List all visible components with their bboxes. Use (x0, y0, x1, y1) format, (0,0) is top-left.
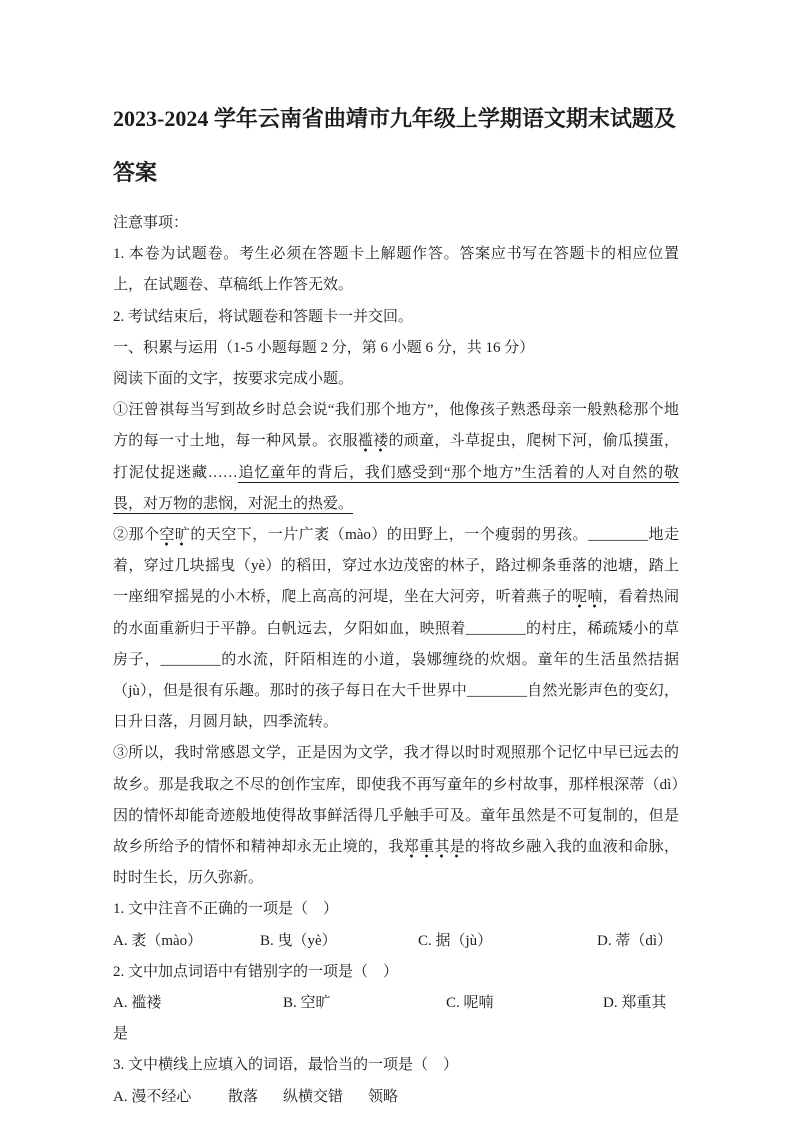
question-3-options: A. 漫不经心散落纵横交错领略 (113, 1082, 679, 1113)
passage-p2-text-2: 的天空下，一片广袤（mào）的田野上，一个瘦弱的男孩。 (190, 527, 588, 543)
question-2-option-c: C. 呢喃 (446, 988, 603, 1019)
question-3-stem: 3. 文中横线上应填入的词语，最恰当的一项是（ ） (113, 1050, 679, 1081)
question-3-option-a: A. 漫不经心 (113, 1082, 228, 1113)
passage-paragraph-3: ③所以，我时常感恩文学，正是因为文学，我才得以时时观照那个记忆中早已远去的故乡。… (113, 738, 679, 894)
passage-paragraph-1: ①汪曾祺每当写到故乡时总会说“我们那个地方”，他像孩子熟悉母亲一般熟稔那个地方的… (113, 395, 679, 520)
question-3-option-word-3: 纵横交错 (283, 1082, 368, 1113)
passage-p2-emphasized-word-1: 空旷 (159, 527, 190, 547)
question-2-option-b: B. 空旷 (283, 988, 446, 1019)
passage-paragraph-2: ②那个空旷的天空下，一片广袤（mào）的田野上，一个瘦弱的男孩。________… (113, 520, 679, 738)
section-heading: 一、积累与运用（1-5 小题每题 2 分，第 6 小题 6 分，共 16 分） (113, 333, 679, 364)
fill-blank-3: ________ (160, 652, 220, 668)
passage-p2-emphasized-word-2: 呢喃 (572, 589, 603, 609)
passage-p3-emphasized-word: 郑重其是 (404, 839, 465, 859)
question-1-options: A. 袤（mào）B. 曳（yè）C. 据（jù）D. 蒂（dì） (113, 926, 679, 957)
passage-p1-emphasized-word: 褴褛 (358, 433, 389, 453)
exam-document-page: 2023-2024 学年云南省曲靖市九年级上学期语文期末试题及答案 注意事项： … (0, 0, 793, 1122)
question-1-option-d: D. 蒂（dì） (597, 933, 672, 949)
notice-heading: 注意事项： (113, 208, 679, 239)
fill-blank-2: ________ (466, 621, 526, 637)
question-3-option-word-2: 散落 (228, 1082, 283, 1113)
notice-item-1: 1. 本卷为试题卷。考生必须在答题卡上解题作答。答案应书写在答题卡的相应位置上，… (113, 239, 679, 301)
passage-intro: 阅读下面的文字，按要求完成小题。 (113, 364, 679, 395)
fill-blank-4: ________ (467, 683, 527, 699)
fill-blank-1: ________ (588, 527, 648, 543)
question-1-stem: 1. 文中注音不正确的一项是（ ） (113, 894, 679, 925)
question-2-option-a: A. 褴褛 (113, 988, 283, 1019)
question-1-option-a: A. 袤（mào） (113, 926, 260, 957)
question-2-options: A. 褴褛B. 空旷C. 呢喃D. 郑重其是 (113, 988, 679, 1050)
document-title: 2023-2024 学年云南省曲靖市九年级上学期语文期末试题及答案 (113, 92, 679, 200)
question-1-option-b: B. 曳（yè） (260, 926, 418, 957)
passage-p2-text-1: ②那个 (113, 527, 159, 543)
question-1-option-c: C. 据（jù） (418, 926, 597, 957)
notice-item-2: 2. 考试结束后，将试题卷和答题卡一并交回。 (113, 302, 679, 333)
question-3-option-word-4: 领略 (368, 1089, 398, 1105)
question-2-stem: 2. 文中加点词语中有错别字的一项是（ ） (113, 957, 679, 988)
